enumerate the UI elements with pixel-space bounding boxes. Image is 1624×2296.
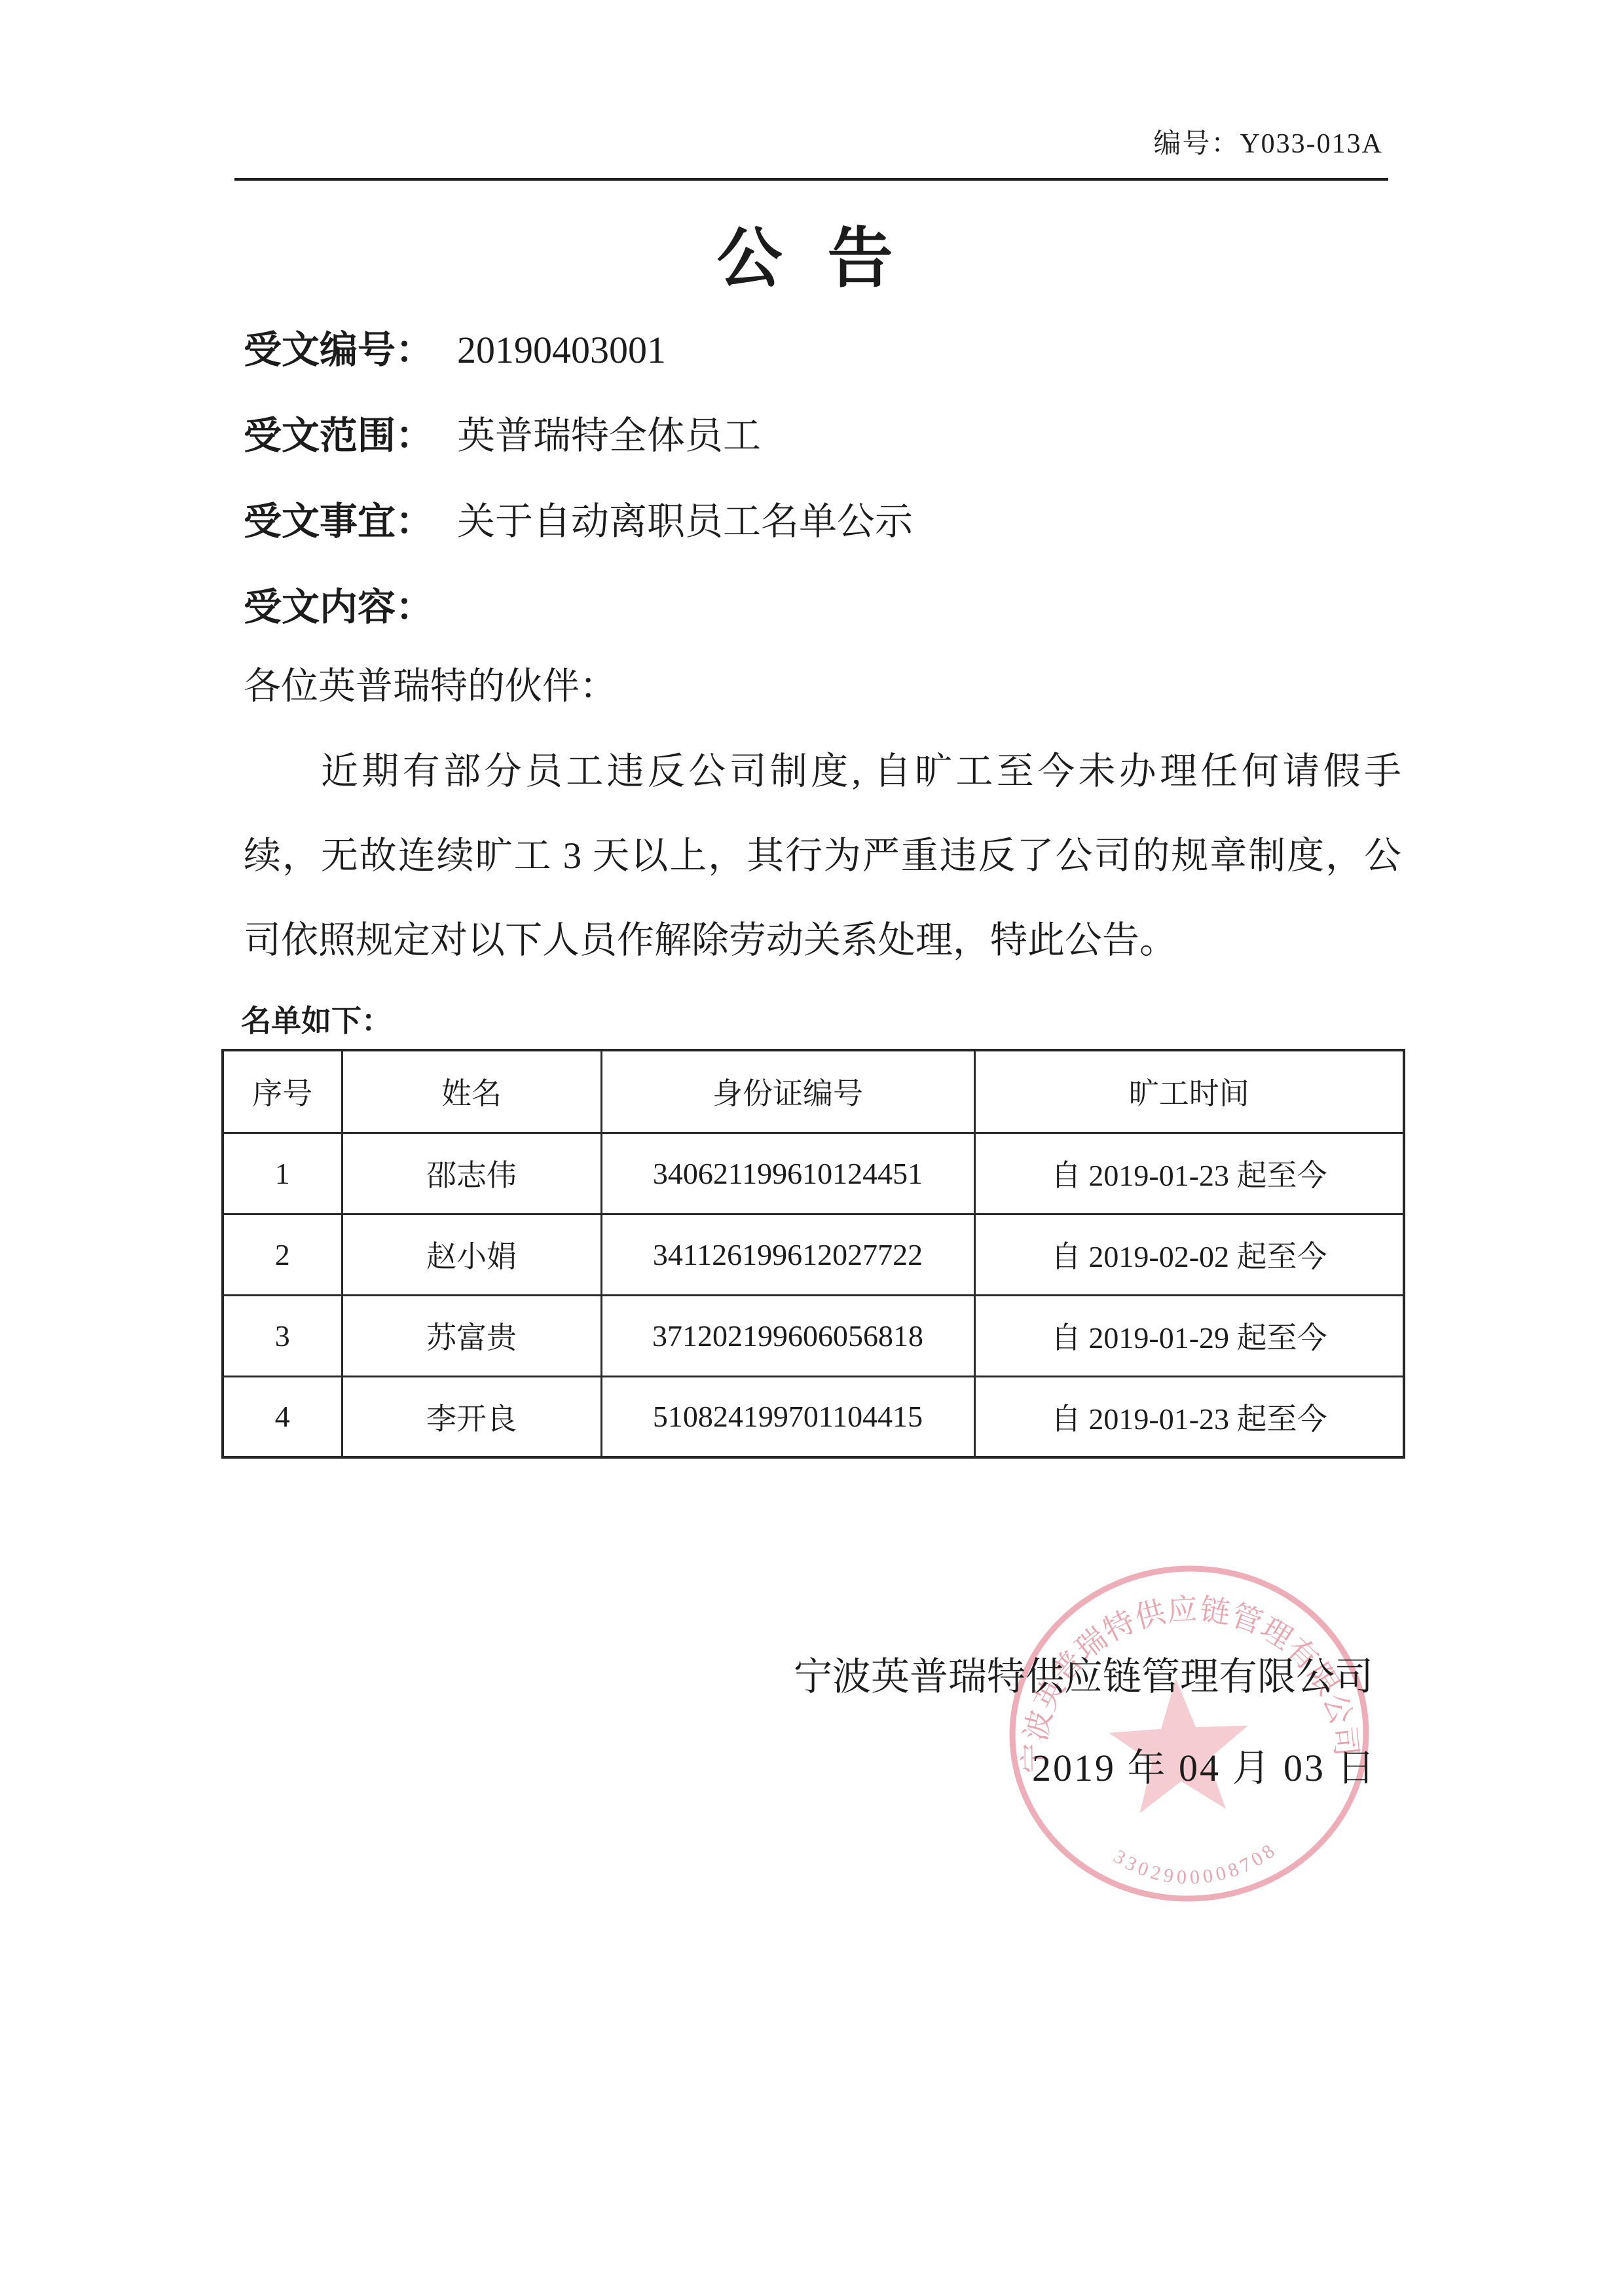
table-cell-seq: 2 (223, 1214, 342, 1295)
table-row: 2 赵小娟 341126199612027722 自 2019-02-02 起至… (223, 1214, 1404, 1295)
doc-number: 编号：Y033-013A (1153, 128, 1383, 160)
table-header-cell: 旷工时间 (974, 1050, 1404, 1133)
table-cell-id: 510824199701104415 (601, 1376, 974, 1457)
body-line: 近期有部分员工违反公司制度, 自旷工至今未办理任何请假手 (244, 750, 1401, 793)
table-cell-name: 苏富贵 (342, 1295, 601, 1376)
field-scope: 受文范围：英普瑞特全体员工 (244, 414, 761, 458)
signature-date: 2019 年 04 月 03 日 (1032, 1747, 1377, 1791)
dismissal-roster-table: 序号 姓名 身份证编号 旷工时间 1 邵志伟 34062119961012445… (221, 1049, 1405, 1459)
header-rule-line (234, 178, 1388, 181)
body-line: 司依照规定对以下人员作解除劳动关系处理，特此公告。 (244, 919, 1401, 962)
table-cell-absence: 自 2019-01-23 起至今 (974, 1133, 1404, 1214)
field-label: 受文范围： (244, 414, 434, 457)
announcement-document: 编号：Y033-013A 公 告 受文编号：20190403001 受文范围：英… (0, 0, 1624, 2296)
table-cell-name: 邵志伟 (342, 1133, 601, 1214)
table-row: 4 李开良 510824199701104415 自 2019-01-23 起至… (223, 1376, 1404, 1457)
page-title: 公 告 (0, 221, 1624, 297)
table-cell-name: 李开良 (342, 1376, 601, 1457)
body-line: 续，无故连续旷工 3 天以上，其行为严重违反了公司的规章制度，公 (244, 835, 1401, 878)
field-value: 关于自动离职员工名单公示 (457, 500, 913, 543)
table-cell-seq: 4 (223, 1376, 342, 1457)
table-cell-absence: 自 2019-01-29 起至今 (974, 1295, 1404, 1376)
table-row: 1 邵志伟 340621199610124451 自 2019-01-23 起至… (223, 1133, 1404, 1214)
table-cell-absence: 自 2019-01-23 起至今 (974, 1376, 1404, 1457)
field-label: 受文事宜： (244, 500, 434, 543)
field-subject: 受文事宜：关于自动离职员工名单公示 (244, 500, 913, 544)
field-doc-ref: 受文编号：20190403001 (244, 329, 666, 373)
table-cell-seq: 1 (223, 1133, 342, 1214)
field-value: 英普瑞特全体员工 (457, 414, 761, 457)
field-value: 20190403001 (457, 329, 666, 371)
table-header-cell: 姓名 (342, 1050, 601, 1133)
table-cell-id: 371202199606056818 (601, 1295, 974, 1376)
signature-company-name: 宁波英普瑞特供应链管理有限公司 (794, 1655, 1373, 1700)
field-content: 受文内容： (244, 586, 457, 630)
field-label: 受文编号： (244, 329, 434, 371)
table-header-cell: 序号 (223, 1050, 342, 1133)
list-intro-label: 名单如下： (241, 1004, 392, 1039)
table-row: 3 苏富贵 371202199606056818 自 2019-01-29 起至… (223, 1295, 1404, 1376)
company-seal-stamp: 宁波英普瑞特供应链管理有限公司 3302900008708 (991, 1550, 1386, 1917)
greeting-line: 各位英普瑞特的伙伴： (244, 665, 617, 708)
table-cell-id: 340621199610124451 (601, 1133, 974, 1214)
table-cell-name: 赵小娟 (342, 1214, 601, 1295)
table-header-row: 序号 姓名 身份证编号 旷工时间 (223, 1050, 1404, 1133)
field-label: 受文内容： (244, 586, 434, 629)
table-cell-absence: 自 2019-02-02 起至今 (974, 1214, 1404, 1295)
table-cell-seq: 3 (223, 1295, 342, 1376)
table-cell-id: 341126199612027722 (601, 1214, 974, 1295)
table-header-cell: 身份证编号 (601, 1050, 974, 1133)
